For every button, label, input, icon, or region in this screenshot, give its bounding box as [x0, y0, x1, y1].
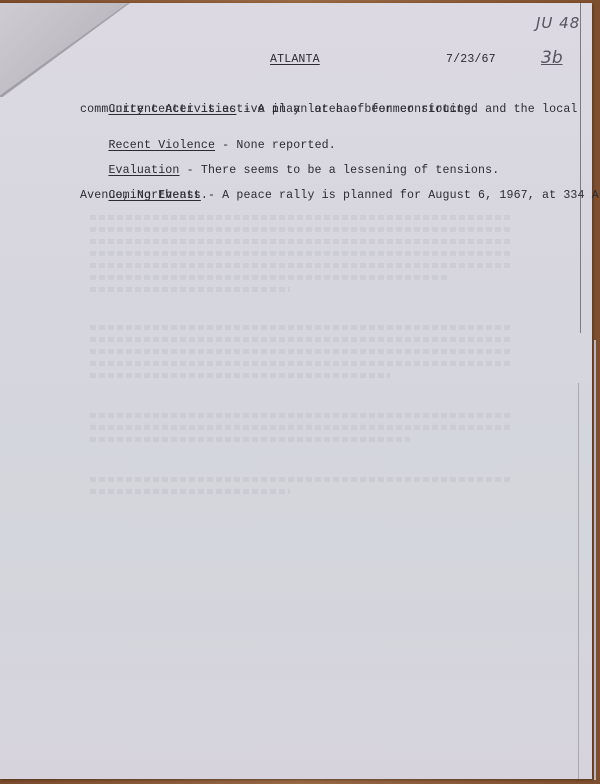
show-through-text [90, 373, 390, 378]
section-text-continued: Avenue, Northeast. [80, 190, 208, 202]
section-text: A peace rally is planned for August 6, 1… [222, 189, 600, 202]
show-through-text [90, 349, 510, 354]
page-edge-line [580, 3, 581, 333]
show-through-text [90, 337, 510, 342]
show-through-text [90, 215, 510, 220]
handwritten-page-mark: 3b [541, 48, 563, 68]
show-through-text [90, 489, 290, 494]
show-through-text [90, 477, 510, 482]
show-through-text [90, 425, 510, 430]
section-separator: - [180, 164, 201, 177]
section-heading: Recent Violence [108, 139, 215, 152]
page-edge-line-lower [578, 383, 579, 779]
section-text-continued: community center is active in an area of… [80, 104, 478, 116]
show-through-text [90, 263, 510, 268]
section-separator: - [215, 139, 236, 152]
show-through-text [90, 361, 510, 366]
section-heading: Evaluation [108, 164, 179, 177]
section-text: There seems to be a lessening of tension… [201, 164, 500, 177]
underlying-page-edge [594, 340, 596, 780]
show-through-text [90, 251, 510, 256]
document-date: 7/23/67 [446, 54, 496, 66]
show-through-text [90, 239, 510, 244]
show-through-text [90, 325, 510, 330]
section-text: None reported. [236, 139, 336, 152]
document-page: JU 48 3b ATLANTA 7/23/67 Current Activit… [0, 3, 592, 779]
show-through-text [90, 227, 510, 232]
show-through-text [90, 287, 290, 292]
handwritten-file-code: JU 48 [536, 14, 580, 32]
show-through-text [90, 413, 510, 418]
document-title: ATLANTA [270, 54, 320, 66]
show-through-text [90, 437, 410, 442]
show-through-text [90, 275, 450, 280]
